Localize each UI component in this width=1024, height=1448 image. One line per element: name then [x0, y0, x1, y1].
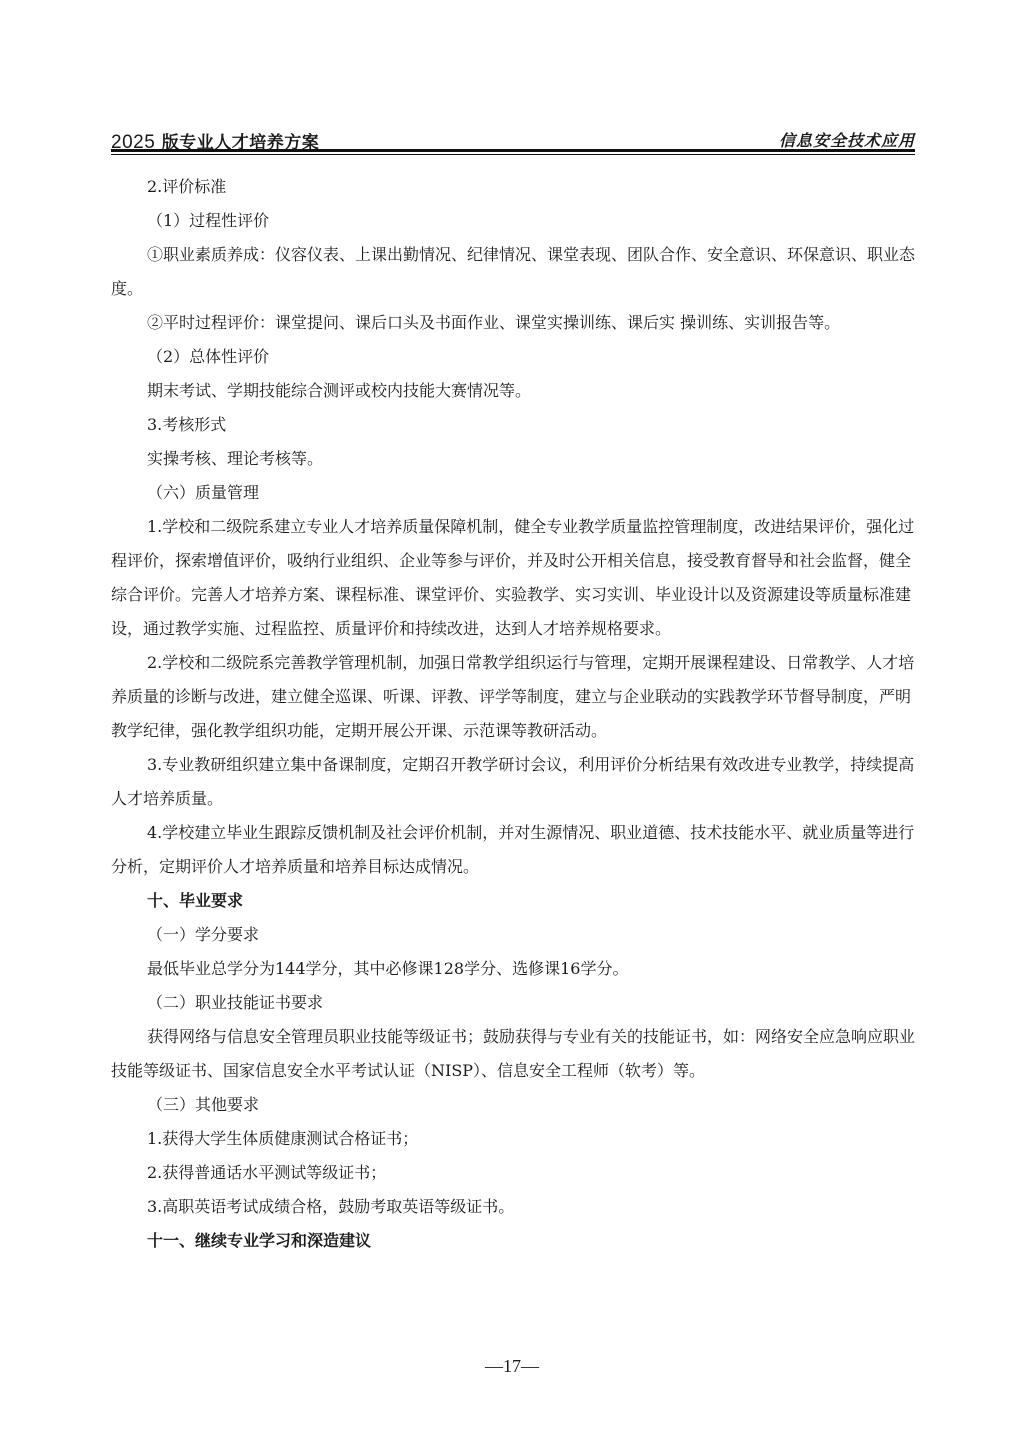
paragraph-quality-3: 3.专业教研组织建立集中备课制度，定期召开教学研讨会议，利用评价分析结果有效改进… [111, 748, 917, 816]
paragraph-quality-4: 4.学校建立毕业生跟踪反馈机制及社会评价机制，并对生源情况、职业道德、技术技能水… [111, 816, 917, 884]
subheading-credit-requirements: （一）学分要求 [111, 918, 917, 952]
subheading-process-evaluation: （1）过程性评价 [111, 204, 917, 238]
chapter-further-study: 十一、继续专业学习和深造建议 [111, 1224, 917, 1258]
paragraph-quality-1: 1.学校和二级院系建立专业人才培养质量保障机制，健全专业教学质量监控管理制度，改… [111, 510, 917, 646]
paragraph-quality-2: 2.学校和二级院系完善教学管理机制，加强日常教学组织运行与管理，定期开展课程建设… [111, 646, 917, 748]
page-number: —17— [0, 1356, 1024, 1377]
paragraph-assessment-form-items: 实操考核、理论考核等。 [111, 442, 917, 476]
subheading-evaluation-standard: 2.评价标准 [111, 170, 917, 204]
header-rule-thick [111, 149, 915, 152]
chapter-graduation-requirements: 十、毕业要求 [111, 884, 917, 918]
subheading-summative-evaluation: （2）总体性评价 [111, 340, 917, 374]
header-rule-thin [111, 154, 915, 155]
header-major-name: 信息安全技术应用 [779, 128, 915, 151]
subheading-other-requirements: （三）其他要求 [111, 1088, 917, 1122]
paragraph-certificates: 获得网络与信息安全管理员职业技能等级证书；鼓励获得与专业有关的技能证书，如：网络… [111, 1020, 917, 1088]
paragraph-credits: 最低毕业总学分为144学分，其中必修课128学分、选修课16学分。 [111, 952, 917, 986]
section-quality-management: （六）质量管理 [111, 476, 917, 510]
paragraph-professional-quality: ①职业素质养成：仪容仪表、上课出勤情况、纪律情况、课堂表现、团队合作、安全意识、… [111, 238, 917, 306]
page-header: 2025 版专业人才培养方案 信息安全技术应用 [111, 124, 915, 154]
list-item-english-exam: 3.高职英语考试成绩合格，鼓励考取英语等级证书。 [111, 1190, 917, 1224]
paragraph-summative-items: 期末考试、学期技能综合测评或校内技能大赛情况等。 [111, 374, 917, 408]
subheading-certificate-requirements: （二）职业技能证书要求 [111, 986, 917, 1020]
list-item-mandarin-certificate: 2.获得普通话水平测试等级证书； [111, 1156, 917, 1190]
document-body: 2.评价标准 （1）过程性评价 ①职业素质养成：仪容仪表、上课出勤情况、纪律情况… [111, 170, 917, 1258]
list-item-fitness-certificate: 1.获得大学生体质健康测试合格证书； [111, 1122, 917, 1156]
paragraph-regular-process-evaluation: ②平时过程评价：课堂提问、课后口头及书面作业、课堂实操训练、课后实 操训练、实训… [111, 306, 917, 340]
subheading-assessment-form: 3.考核形式 [111, 408, 917, 442]
